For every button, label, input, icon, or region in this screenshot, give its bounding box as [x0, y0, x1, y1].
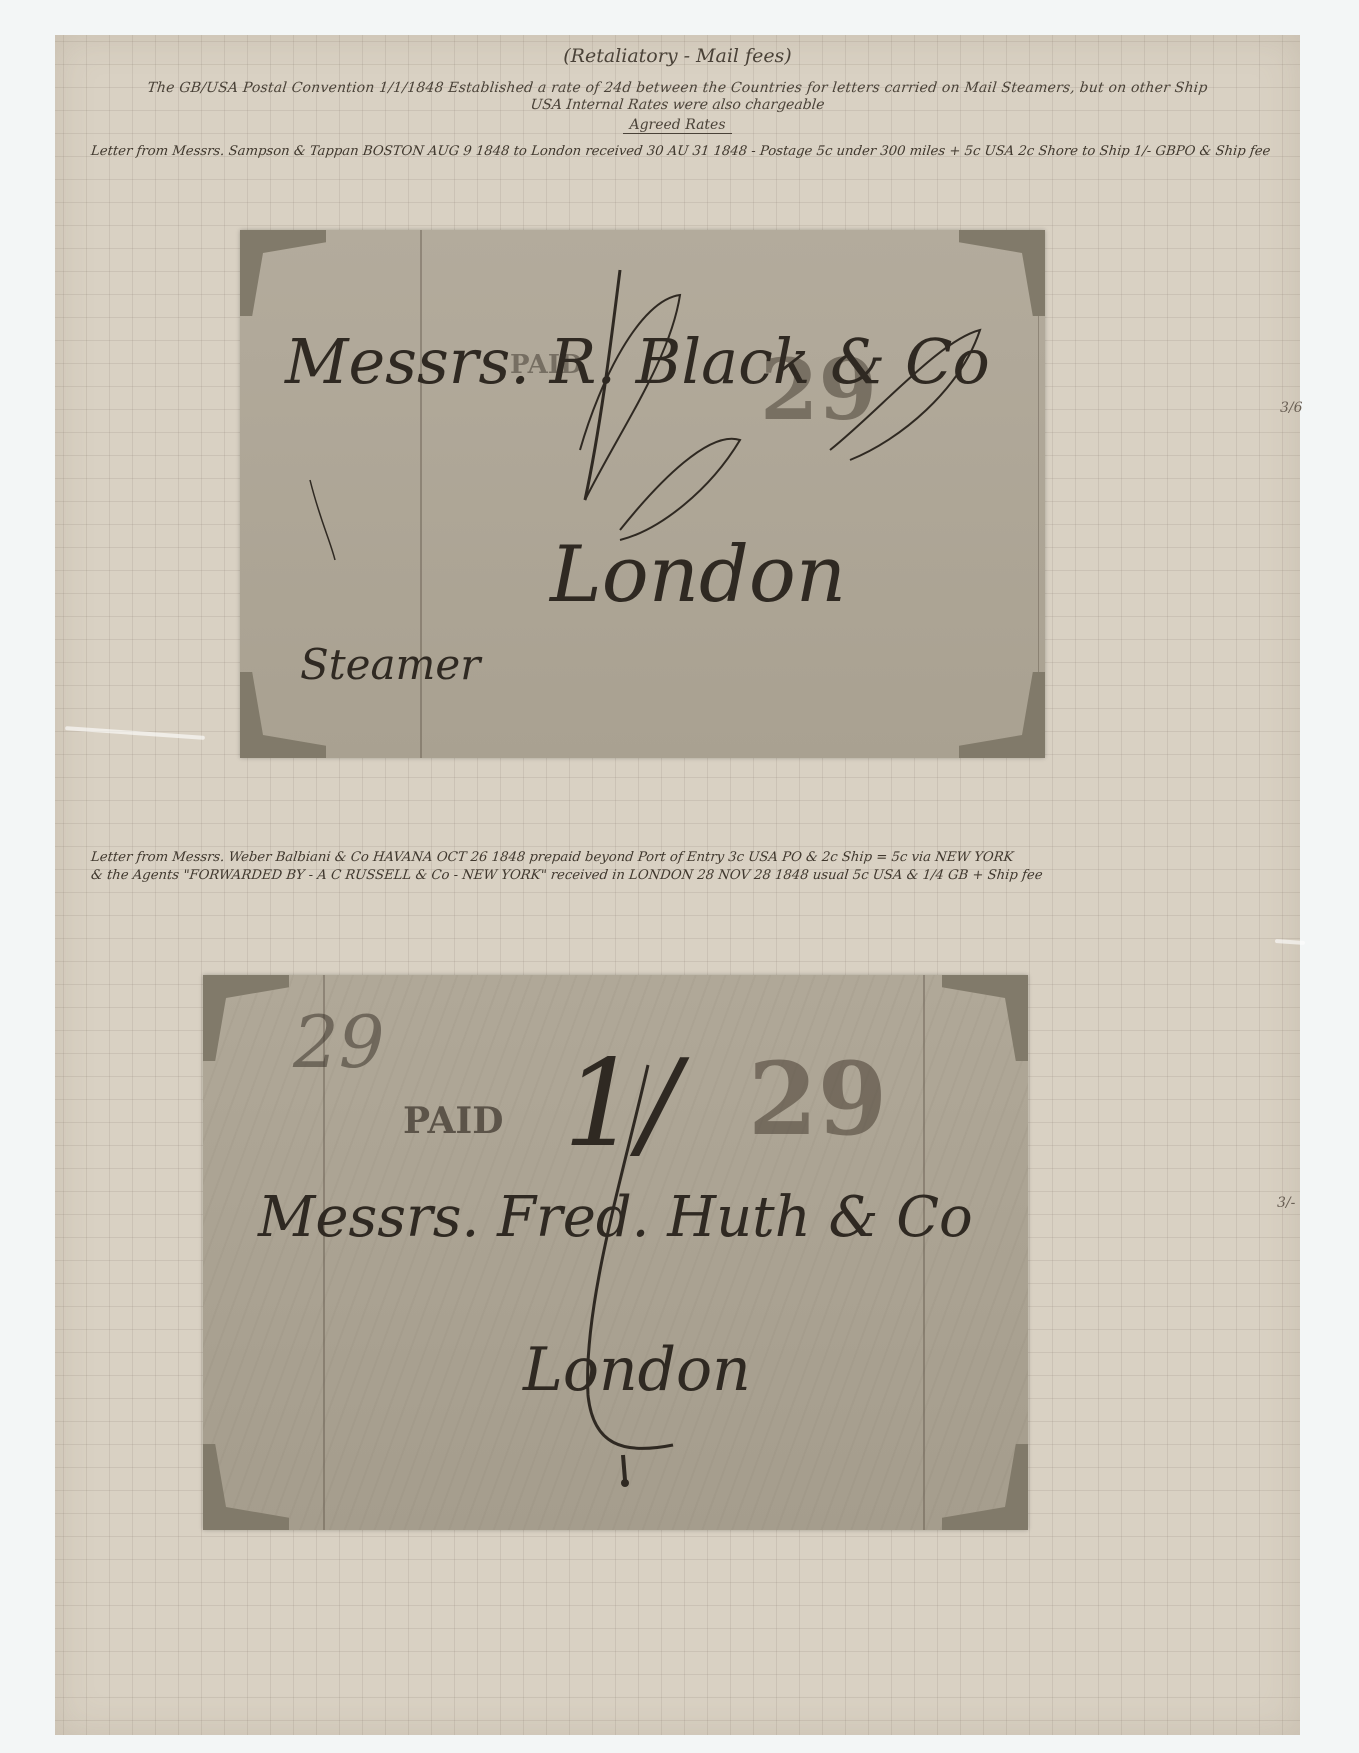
paper-tear — [1275, 939, 1305, 945]
cover-2-caption-line-2: & the Agents "FORWARDED BY - A C RUSSELL… — [90, 868, 1043, 883]
convention-note-line-2: USA Internal Rates were also chargeable — [54, 97, 1301, 113]
rates-heading-text: Agreed Rates — [623, 117, 731, 134]
pen-flourish — [203, 975, 1028, 1530]
pen-flourish — [240, 230, 1045, 758]
cover-2-margin-note: 3/- — [1277, 1195, 1295, 1211]
convention-note-line-1: The GB/USA Postal Convention 1/1/1848 Es… — [54, 80, 1301, 96]
cover-1-caption: Letter from Messrs. Sampson & Tappan BOS… — [90, 144, 1271, 159]
album-page: (Retaliatory - Mail fees) The GB/USA Pos… — [55, 35, 1300, 1735]
rates-heading: Agreed Rates — [55, 117, 1300, 133]
page-title: (Retaliatory - Mail fees) — [55, 45, 1300, 67]
paper-tear — [65, 726, 205, 740]
cover-1-margin-note: 3/6 — [1280, 400, 1303, 416]
cover-2: 29 PAID 29 1/ Messrs. Fred. Huth & Co Lo… — [203, 975, 1028, 1530]
cover-1: PAID 29 Messrs. R. Black & Co London Ste… — [240, 230, 1045, 758]
cover-2-caption-line-1: Letter from Messrs. Weber Balbiani & Co … — [90, 850, 1014, 865]
